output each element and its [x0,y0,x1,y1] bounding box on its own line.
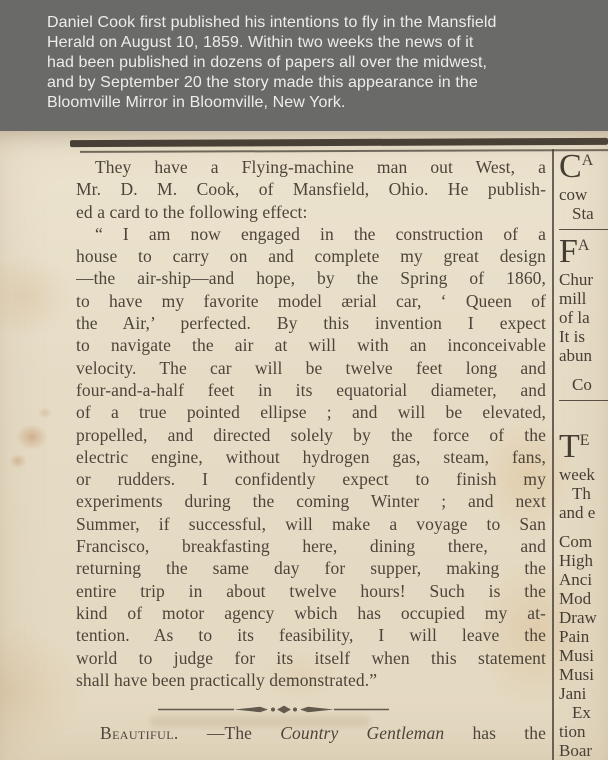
article-line: returning the same day for supper, makin… [76,557,546,579]
column-fragment-line: Sta [559,204,608,223]
caption-line: Daniel Cook first published his intentio… [47,13,572,33]
caption-text: Daniel Cook first published his intentio… [47,13,572,113]
column-fragment-line: Co [559,375,608,394]
drop-cap: F [559,233,578,270]
caption-line: Bloomville Mirror in Bloomville, New Yor… [47,93,572,113]
article-line: propelled, and directed solely by the fo… [76,424,546,446]
publication-name: Country Gentleman [280,723,444,743]
column-fragment-line [559,394,608,408]
article-line: of a true pointed ellipse ; and will be … [76,401,546,423]
column-divider-rule [552,149,554,760]
article-line: or rudders. I confidently expect to fini… [76,468,546,490]
article-line: shall have been practically demonstrated… [76,669,546,691]
photo-caption: Daniel Cook first published his intentio… [0,0,608,131]
article-column: They have a Flying-machine man out West,… [76,156,546,744]
article-line: “ I am now engaged in the construction o… [76,223,546,245]
column-fragment-line: It is [559,327,608,346]
column-fragment-line: cow [559,185,608,204]
column-fragment-line: Mod [559,589,608,608]
column-fragment-line: TE [559,432,608,465]
column-fragment-line [559,223,608,237]
article-line: Mr. D. M. Cook, of Mansfield, Ohio. He p… [76,178,546,200]
article-line: Francisco, breakfasting here, dining the… [76,535,546,557]
masthead-rule-thin [80,149,608,153]
article-line: velocity. The car will be twelve feet lo… [76,357,546,379]
column-fragment-line: Pain [559,627,608,646]
column-fragment-line: Chur [559,270,608,289]
article-line: entire trip in about twelve hours! Such … [76,580,546,602]
footer-tail: has the [472,723,546,743]
article-line: —the air-ship—and hope, by the Spring of… [76,267,546,289]
drop-cap: C [559,148,582,185]
column-fragment-line: abun [559,346,608,365]
article-line: ed a card to the following effect: [76,201,546,223]
article-line: world to judge for its itself when this … [76,647,546,669]
article-line: kind of motor agency wbich has occupied … [76,602,546,624]
caption-line: and by September 20 the story made this … [47,73,572,93]
column-fragment-line: CA [559,152,608,185]
caption-line: had been published in dozens of papers a… [47,53,572,73]
column-fragment-line: Com [559,532,608,551]
drop-cap: T [559,428,580,465]
column-fragment-line: of la [559,308,608,327]
diamond-divider-icon [156,700,391,713]
article-line: tention. As to its feasibility, I will l… [76,624,546,646]
column-fragment-line: Ex [559,703,608,722]
article-line: They have a Flying-machine man out West,… [76,156,546,178]
column-fragment-line: Draw [559,608,608,627]
column-fragment-line: tion [559,722,608,741]
column-fragment-line: Jani [559,684,608,703]
column-fragment-line: FA [559,237,608,270]
caption-line: Herald on August 10, 1859. Within two we… [47,33,572,53]
column-fragment-line: Musi [559,665,608,684]
column-fragment-line: High [559,551,608,570]
screenshot-root: Daniel Cook first published his intentio… [0,0,608,760]
next-article-lead: Beautiful. —The Country Gentleman has th… [76,722,546,744]
column-fragment-line: week [559,465,608,484]
article-line: to navigate the air at will with an inco… [76,334,546,356]
column-fragment-line: Th [559,484,608,503]
masthead-rule-thick [70,138,608,147]
adjacent-column-fragments: CAcowStaFAChurmillof laIt isabunCoTEweek… [559,152,608,760]
adjacent-column: CAcowStaFAChurmillof laIt isabunCoTEweek… [559,152,608,760]
article-line: four-and-a-half feet in its equatorial d… [76,379,546,401]
article-line: experiments during the coming Winter ; a… [76,490,546,512]
article-line: the Air,’ perfected. By this invention I… [76,312,546,334]
column-fragment-line: Musi [559,646,608,665]
article-line: Summer, if successful, will make a voyag… [76,513,546,535]
column-fragment-line: Boar [559,741,608,760]
article-line: electric engine, without hydrogen gas, s… [76,446,546,468]
article-line: to have my favorite model ærial car, ‘ Q… [76,290,546,312]
article-body: They have a Flying-machine man out West,… [76,156,546,691]
column-fragment-line: and e [559,503,608,522]
newspaper-clipping: They have a Flying-machine man out West,… [0,131,608,760]
article-line: house to carry on and complete my great … [76,245,546,267]
column-fragment-line: Anci [559,570,608,589]
next-article-title: Beautiful. [100,723,179,743]
column-fragment-line: mill [559,289,608,308]
footer-connector: —The [207,723,252,743]
